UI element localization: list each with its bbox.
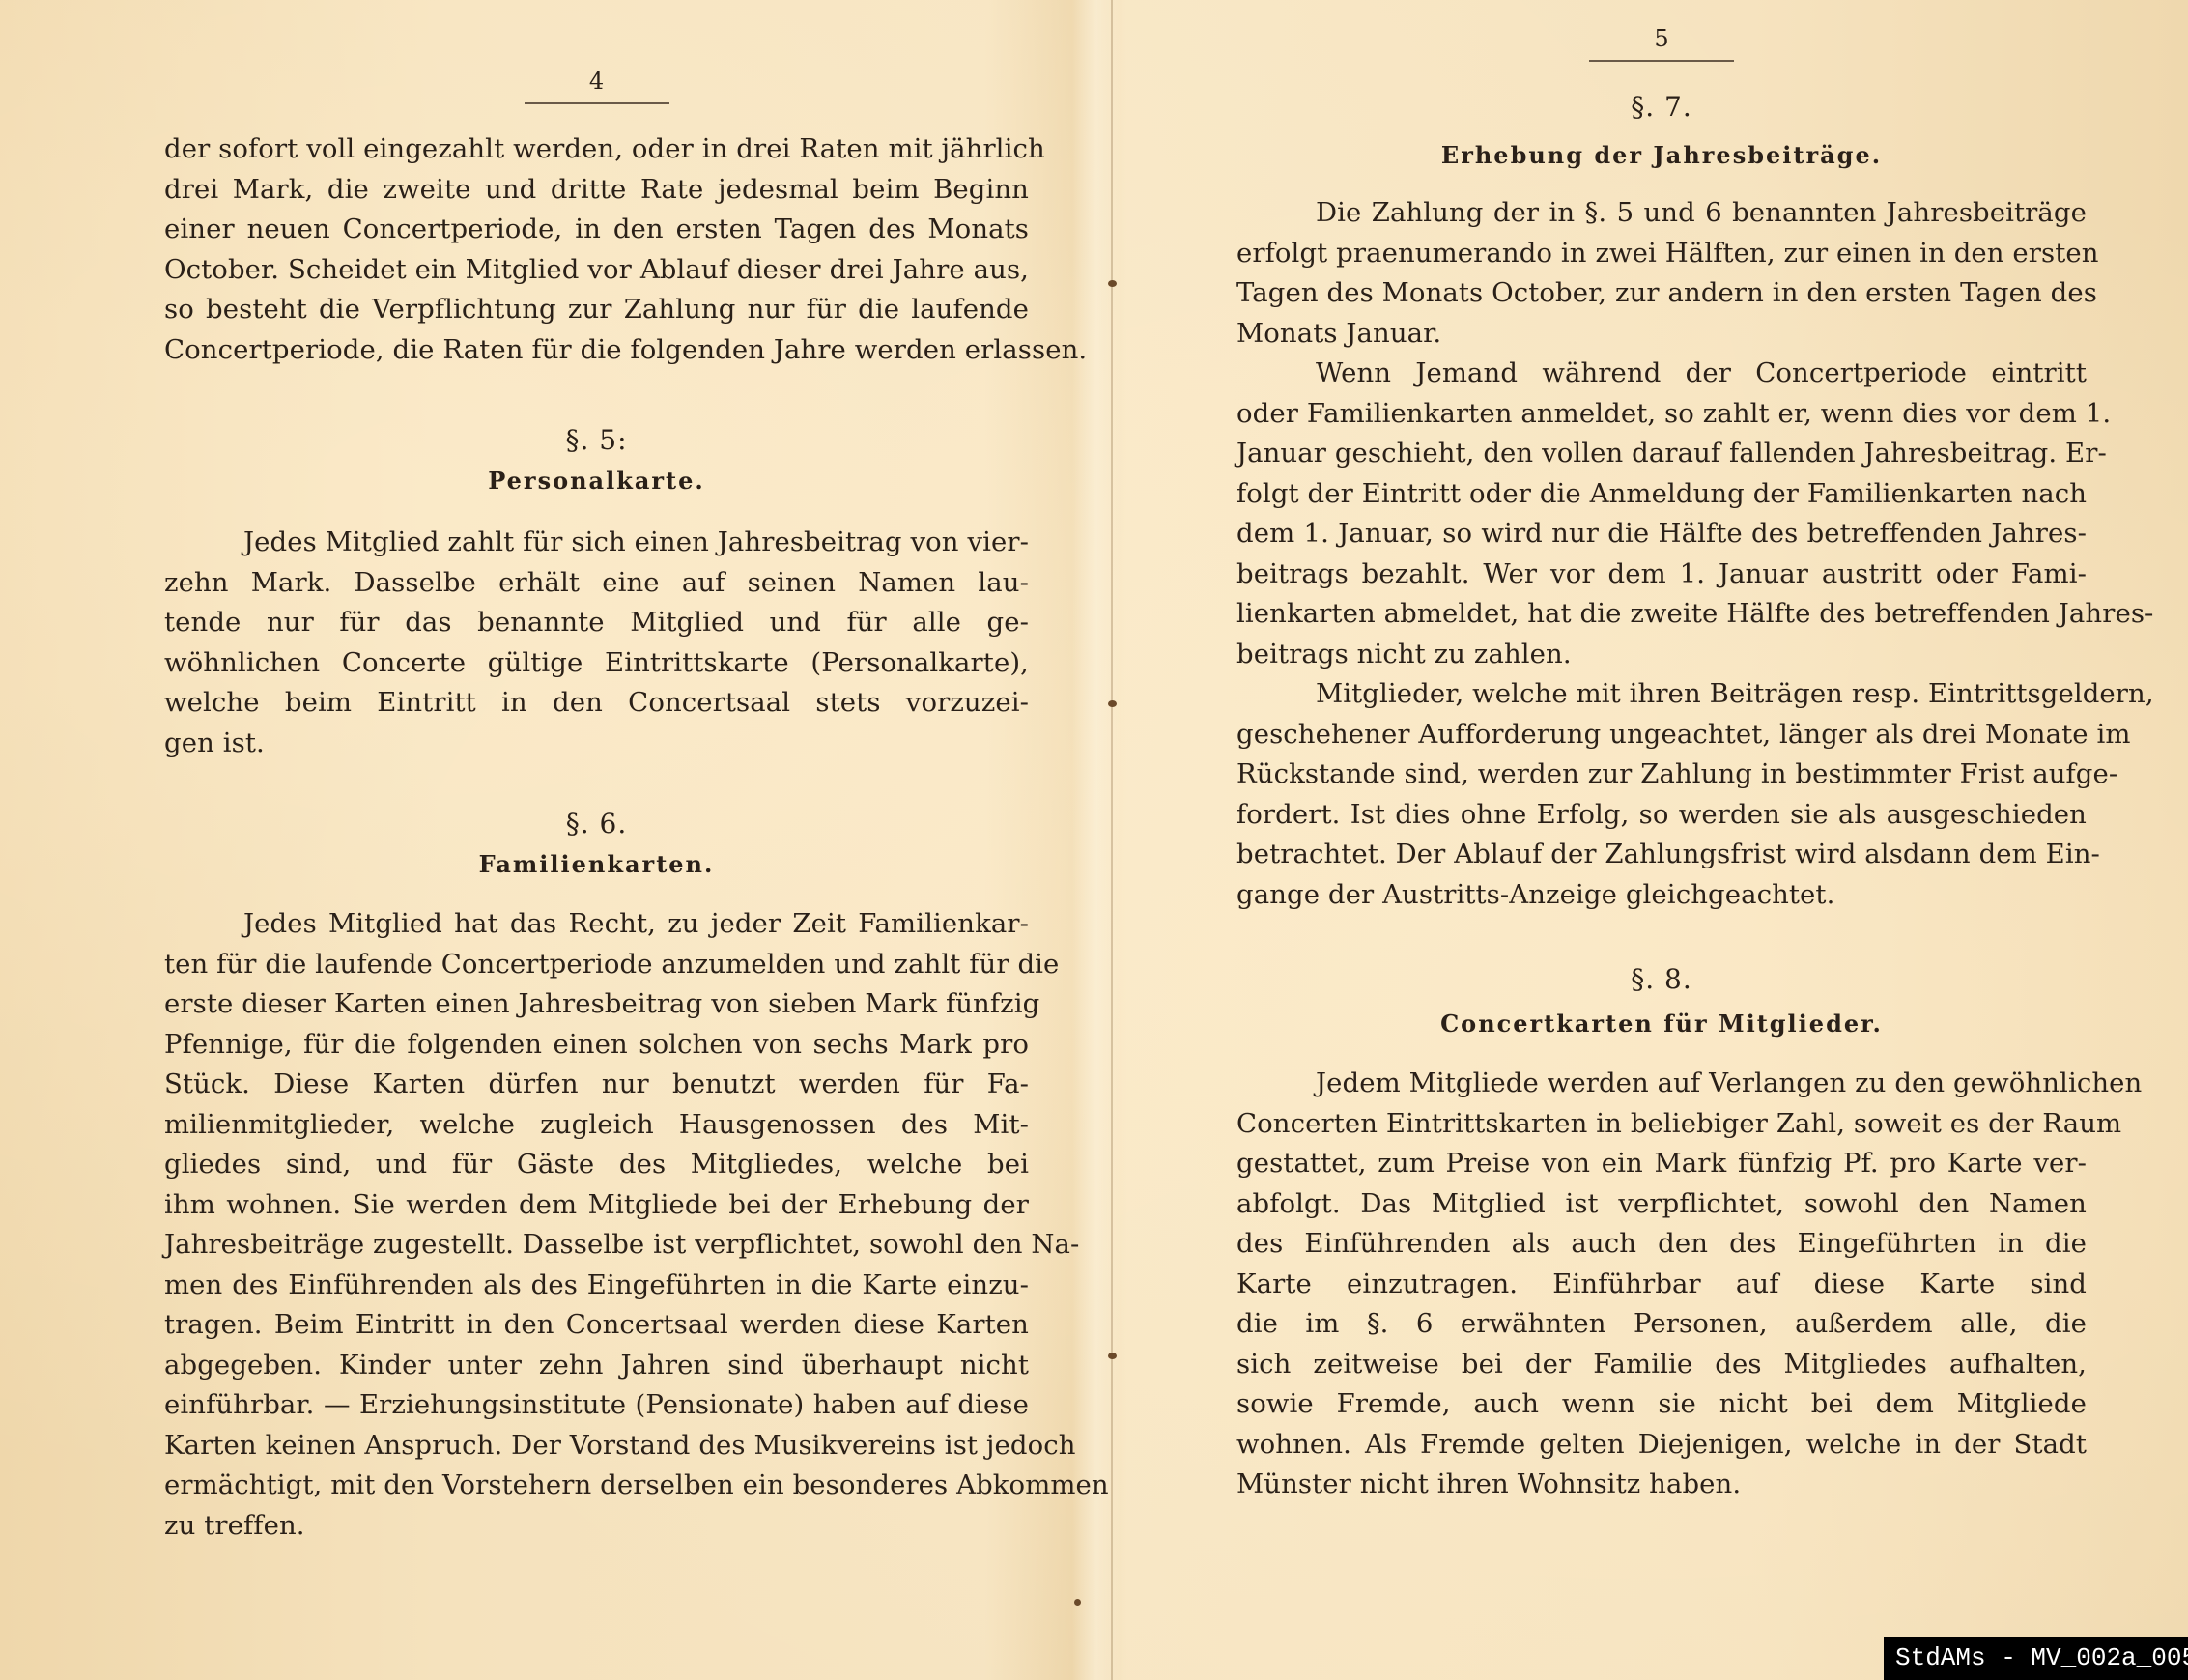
text-line: Pfennige, für die folgenden einen solche… bbox=[164, 1025, 1029, 1066]
text-line: gange der Austritts-Anzeige gleichgeacht… bbox=[1236, 875, 2087, 916]
section-paragraph: Jedes Mitglied hat das Recht, zu jeder Z… bbox=[164, 904, 1029, 1546]
text-line: welche beim Eintritt in den Concertsaal … bbox=[164, 683, 1029, 724]
archive-signature-label: StdAMs - MV_002a_005 bbox=[1884, 1637, 2188, 1680]
text-line: dem 1. Januar, so wird nur die Hälfte de… bbox=[1236, 514, 2087, 555]
text-line: Rückstande sind, werden zur Zahlung in b… bbox=[1236, 755, 2087, 795]
text-line: sich zeitweise bei der Familie des Mitgl… bbox=[1236, 1345, 2087, 1385]
text-line: Karten keinen Anspruch. Der Vorstand des… bbox=[164, 1426, 1029, 1466]
text-line: Karte einzutragen. Einführbar auf diese … bbox=[1236, 1265, 2087, 1305]
section-title: Erhebung der Jahresbeiträge. bbox=[1236, 141, 2087, 176]
section-8: §. 8. Concertkarten für Mitglieder. Jede… bbox=[1236, 963, 2087, 1505]
section-5: §. 5: Personalkarte. Jedes Mitglied zahl… bbox=[164, 424, 1029, 763]
text-line: Die Zahlung der in §. 5 und 6 benannten … bbox=[1236, 193, 2087, 234]
section-6: §. 6. Familienkarten. Jedes Mitglied hat… bbox=[164, 808, 1029, 1546]
text-line: tende nur für das benannte Mitglied und … bbox=[164, 603, 1029, 643]
text-line: abfolgt. Das Mitglied ist verpflichtet, … bbox=[1236, 1184, 2087, 1225]
text-line: Concerten Eintrittskarten in beliebiger … bbox=[1236, 1104, 2087, 1145]
section-paragraph: Wenn Jemand während der Concertperiode e… bbox=[1236, 354, 2087, 674]
section-7: §. 7. Erhebung der Jahresbeiträge. Die Z… bbox=[1236, 91, 2087, 915]
section-title: Familienkarten. bbox=[164, 850, 1029, 885]
text-line: gliedes sind, und für Gäste des Mitglied… bbox=[164, 1145, 1029, 1185]
text-line: ten für die laufende Concertperiode anzu… bbox=[164, 945, 1029, 985]
text-line: Januar geschieht, den vollen darauf fall… bbox=[1236, 434, 2087, 474]
text-line: Monats Januar. bbox=[1236, 314, 2087, 355]
section-number: §. 5: bbox=[164, 424, 1029, 459]
section-title: Personalkarte. bbox=[164, 467, 1029, 501]
section-number: §. 7. bbox=[1236, 91, 2087, 126]
text-line: betrachtet. Der Ablauf der Zahlungsfrist… bbox=[1236, 835, 2087, 875]
text-line: Münster nicht ihren Wohnsitz haben. bbox=[1236, 1465, 2087, 1505]
text-line: Stück. Diese Karten dürfen nur benutzt w… bbox=[164, 1065, 1029, 1105]
text-line: erfolgt praenumerando in zwei Hälften, z… bbox=[1236, 234, 2087, 274]
spine-highlight bbox=[1072, 0, 1121, 1680]
text-line: der sofort voll eingezahlt werden, oder … bbox=[164, 129, 1029, 170]
spine-fold bbox=[1111, 0, 1113, 1680]
section-paragraph: Jedes Mitglied zahlt für sich einen Jahr… bbox=[164, 523, 1029, 763]
page-number: 5 bbox=[1236, 25, 2087, 54]
text-line: drei Mark, die zweite und dritte Rate je… bbox=[164, 170, 1029, 211]
page-number-rule bbox=[1589, 60, 1734, 62]
left-page: 4 der sofort voll eingezahlt werden, ode… bbox=[164, 0, 1029, 1546]
text-line: geschehener Aufforderung ungeachtet, län… bbox=[1236, 715, 2087, 755]
text-line: tragen. Beim Eintritt in den Concertsaal… bbox=[164, 1305, 1029, 1346]
text-line: die im §. 6 erwähnten Personen, außerdem… bbox=[1236, 1304, 2087, 1345]
section-number: §. 8. bbox=[1236, 963, 2087, 998]
section-paragraph: Mitglieder, welche mit ihren Beiträgen r… bbox=[1236, 674, 2087, 915]
text-line: beitrags bezahlt. Wer vor dem 1. Januar … bbox=[1236, 555, 2087, 595]
binding-stitch bbox=[1108, 700, 1117, 707]
text-line: fordert. Ist dies ohne Erfolg, so werden… bbox=[1236, 795, 2087, 836]
section-paragraph: Jedem Mitgliede werden auf Verlangen zu … bbox=[1236, 1064, 2087, 1505]
text-line: Mitglieder, welche mit ihren Beiträgen r… bbox=[1236, 674, 2087, 715]
text-line: Jedes Mitglied zahlt für sich einen Jahr… bbox=[164, 523, 1029, 563]
text-line: Jahresbeiträge zugestellt. Dasselbe ist … bbox=[164, 1225, 1029, 1266]
text-line: einer neuen Concertperiode, in den erste… bbox=[164, 210, 1029, 250]
text-line: zu treffen. bbox=[164, 1506, 1029, 1547]
text-line: beitrags nicht zu zahlen. bbox=[1236, 635, 2087, 675]
section-title: Concertkarten für Mitglieder. bbox=[1236, 1010, 2087, 1044]
text-line: einführbar. — Erziehungsinstitute (Pensi… bbox=[164, 1385, 1029, 1426]
page-number: 4 bbox=[164, 68, 1029, 97]
section-paragraph: Die Zahlung der in §. 5 und 6 benannten … bbox=[1236, 193, 2087, 354]
text-line: lienkarten abmeldet, hat die zweite Hälf… bbox=[1236, 594, 2087, 635]
section-number: §. 6. bbox=[164, 808, 1029, 842]
text-line: wöhnlichen Concerte gültige Eintrittskar… bbox=[164, 643, 1029, 684]
text-line: sowie Fremde, auch wenn sie nicht bei de… bbox=[1236, 1384, 2087, 1425]
binding-stitch bbox=[1108, 280, 1117, 287]
text-line: October. Scheidet ein Mitglied vor Ablau… bbox=[164, 250, 1029, 291]
page-number-rule bbox=[525, 102, 669, 104]
binding-stitch bbox=[1074, 1599, 1081, 1606]
continuation-paragraph: der sofort voll eingezahlt werden, oder … bbox=[164, 129, 1029, 370]
text-line: zehn Mark. Dasselbe erhält eine auf sein… bbox=[164, 563, 1029, 604]
text-line: ermächtigt, mit den Vorstehern derselben… bbox=[164, 1466, 1029, 1506]
right-page: 5 §. 7. Erhebung der Jahresbeiträge. Die… bbox=[1236, 0, 2087, 1505]
text-line: so besteht die Verpflichtung zur Zahlung… bbox=[164, 290, 1029, 330]
text-line: men des Einführenden als des Eingeführte… bbox=[164, 1266, 1029, 1306]
text-line: Wenn Jemand während der Concertperiode e… bbox=[1236, 354, 2087, 394]
text-line: abgegeben. Kinder unter zehn Jahren sind… bbox=[164, 1346, 1029, 1386]
text-line: folgt der Eintritt oder die Anmeldung de… bbox=[1236, 474, 2087, 515]
text-line: wohnen. Als Fremde gelten Diejenigen, we… bbox=[1236, 1425, 2087, 1466]
text-line: des Einführenden als auch den des Eingef… bbox=[1236, 1224, 2087, 1265]
text-line: ihm wohnen. Sie werden dem Mitgliede bei… bbox=[164, 1185, 1029, 1226]
text-line: Jedes Mitglied hat das Recht, zu jeder Z… bbox=[164, 904, 1029, 945]
text-line: gen ist. bbox=[164, 724, 1029, 764]
text-line: Tagen des Monats October, zur andern in … bbox=[1236, 273, 2087, 314]
text-line: Concertperiode, die Raten für die folgen… bbox=[164, 330, 1029, 371]
text-line: oder Familienkarten anmeldet, so zahlt e… bbox=[1236, 394, 2087, 435]
text-line: Jedem Mitgliede werden auf Verlangen zu … bbox=[1236, 1064, 2087, 1104]
text-line: gestattet, zum Preise von ein Mark fünfz… bbox=[1236, 1144, 2087, 1184]
binding-stitch bbox=[1108, 1353, 1117, 1359]
text-line: erste dieser Karten einen Jahresbeitrag … bbox=[164, 984, 1029, 1025]
text-line: milienmitglieder, welche zugleich Hausge… bbox=[164, 1105, 1029, 1146]
